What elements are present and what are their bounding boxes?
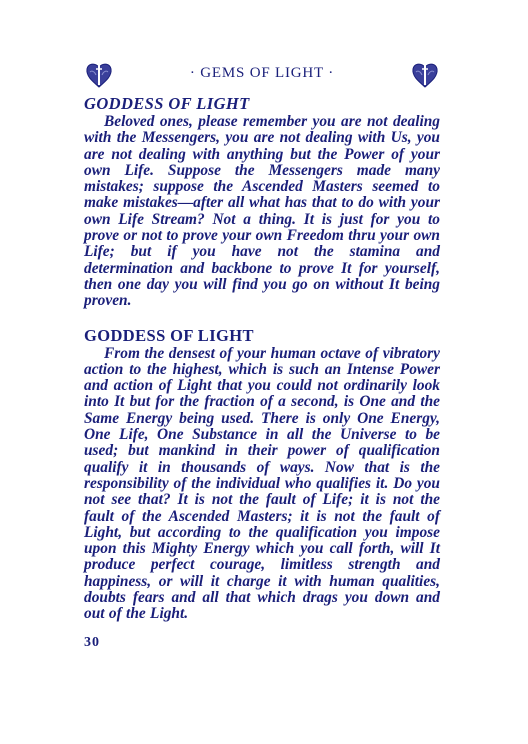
- section-heading: GODDESS OF LIGHT: [84, 94, 440, 114]
- running-head: · GEMS OF LIGHT ·: [84, 56, 440, 88]
- section-paragraph: From the densest of your human octave of…: [84, 346, 440, 623]
- running-title: · GEMS OF LIGHT ·: [190, 65, 334, 81]
- heart-emblem-icon: [410, 60, 440, 90]
- section-heading: GODDESS OF LIGHT: [84, 326, 440, 346]
- heart-emblem-icon: [84, 60, 114, 90]
- section-paragraph: Beloved ones, please remember you are no…: [84, 114, 440, 310]
- section-divider: [84, 310, 440, 320]
- book-page: · GEMS OF LIGHT · GODDESS OF LIGHT Belov…: [84, 56, 440, 651]
- page-number: 30: [84, 635, 440, 651]
